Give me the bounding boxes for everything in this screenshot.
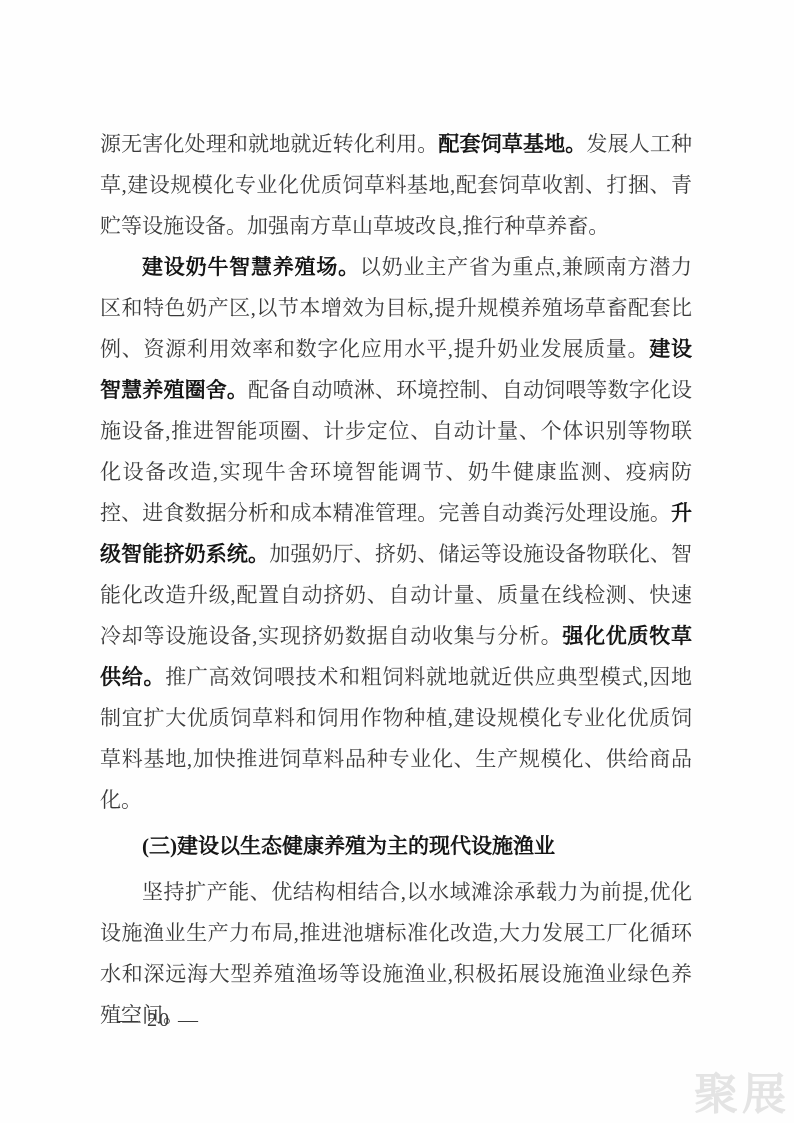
paragraph: 源无害化处理和就地就近转化利用。配套饲草基地。发展人工种草,建设规模化专业化优质… xyxy=(100,124,692,247)
page-number: — 20 — xyxy=(118,1005,200,1035)
bold-text-run: 配套饲草基地。 xyxy=(438,132,586,156)
document-body: 源无害化处理和就地就近转化利用。配套饲草基地。发展人工种草,建设规模化专业化优质… xyxy=(100,124,692,1036)
section-heading: (三)建设以生态健康养殖为主的现代设施渔业 xyxy=(100,826,692,867)
text-run: 推广高效饲喂技术和粗饲料就地就近供应典型模式,因地制宜扩大优质饲草料和饲用作物种… xyxy=(100,665,692,812)
bold-text-run: 建设奶牛智慧养殖场。 xyxy=(142,255,360,279)
text-run: 源无害化处理和就地就近转化利用。 xyxy=(100,132,438,156)
document-page: 源无害化处理和就地就近转化利用。配套饲草基地。发展人工种草,建设规模化专业化优质… xyxy=(0,0,794,1123)
watermark-logo: 聚展 xyxy=(694,1071,790,1119)
paragraph: 建设奶牛智慧养殖场。以奶业主产省为重点,兼顾南方潜力区和特色奶产区,以节本增效为… xyxy=(100,247,692,821)
bold-text-run: (三)建设以生态健康养殖为主的现代设施渔业 xyxy=(142,834,555,858)
